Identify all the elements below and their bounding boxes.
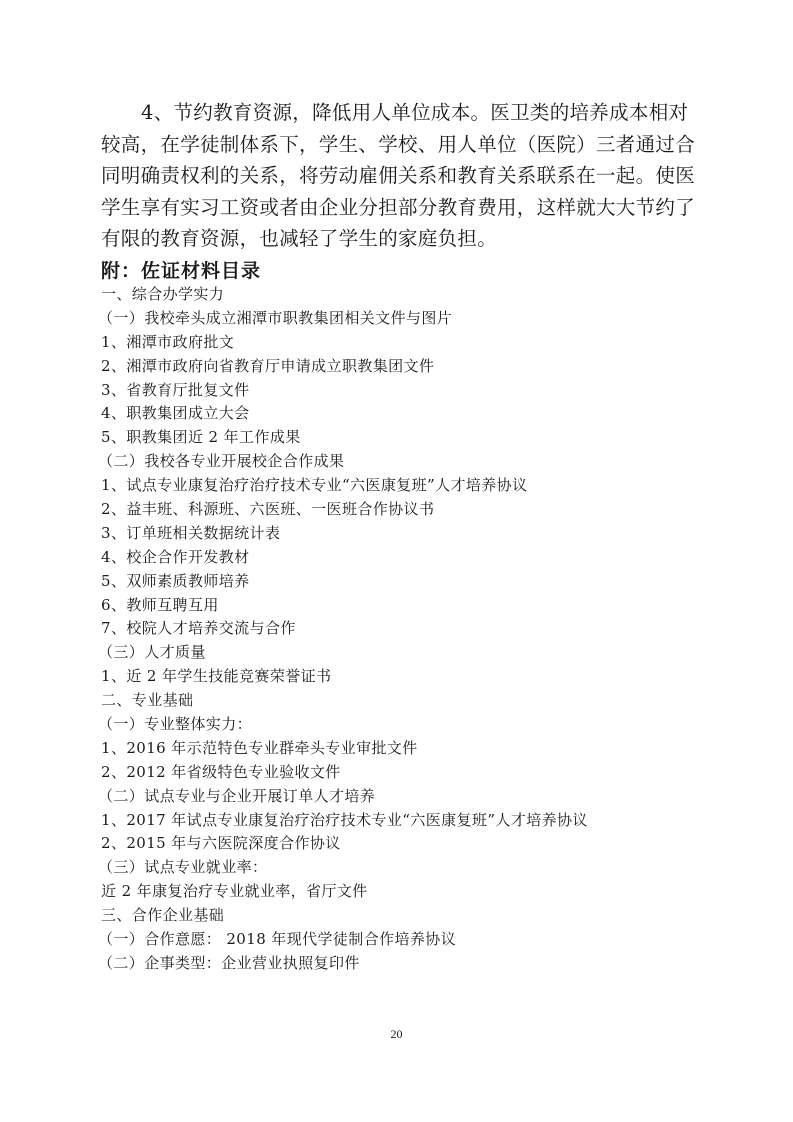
- paragraph-text: 4、节约教育资源，降低用人单位成本。医卫类的培养成本相对较高，在学徒制体系下，学…: [101, 101, 695, 250]
- document-page: 4、节约教育资源，降低用人单位成本。医卫类的培养成本相对较高，在学徒制体系下，学…: [0, 0, 793, 1122]
- list-item: （二）我校各专业开展校企合作成果: [98, 450, 588, 474]
- list-item: （二）企事类型：企业营业执照复印件: [98, 952, 588, 976]
- page-number: 20: [0, 1027, 793, 1042]
- list-item: 1、2016 年示范特色专业群牵头专业审批文件: [101, 737, 588, 761]
- list-item: 6、教师互聘互用: [101, 594, 588, 618]
- appendix-list: 一、综合办学实力（一）我校牵头成立湘潭市职教集团相关文件与图片1、湘潭市政府批文…: [101, 283, 588, 976]
- list-item: （一）我校牵头成立湘潭市职教集团相关文件与图片: [98, 307, 588, 331]
- list-item: 一、综合办学实力: [101, 283, 588, 307]
- list-item: （一）合作意愿： 2018 年现代学徒制合作培养协议: [98, 928, 588, 952]
- list-item: 1、2017 年试点专业康复治疗治疗技术专业“六医康复班”人才培养协议: [101, 809, 588, 833]
- list-item: 4、职教集团成立大会: [101, 402, 588, 426]
- list-item: 近 2 年康复治疗专业就业率，省厅文件: [101, 880, 588, 904]
- body-paragraph: 4、节约教育资源，降低用人单位成本。医卫类的培养成本相对较高，在学徒制体系下，学…: [101, 97, 699, 255]
- list-item: （一）专业整体实力：: [98, 713, 588, 737]
- list-item: 2、2012 年省级特色专业验收文件: [101, 761, 588, 785]
- list-item: 2、益丰班、科源班、六医班、一医班合作协议书: [101, 498, 588, 522]
- list-item: 2、湘潭市政府向省教育厅申请成立职教集团文件: [101, 355, 588, 379]
- list-item: 3、订单班相关数据统计表: [101, 522, 588, 546]
- list-item: 1、湘潭市政府批文: [101, 331, 588, 355]
- list-item: （三）人才质量: [98, 641, 588, 665]
- list-item: 三、合作企业基础: [101, 904, 588, 928]
- list-item: 5、双师素质教师培养: [101, 570, 588, 594]
- list-item: 1、近 2 年学生技能竞赛荣誉证书: [101, 665, 588, 689]
- list-item: 3、省教育厅批复文件: [101, 379, 588, 403]
- appendix-title: 附：佐证材料目录: [101, 256, 261, 283]
- list-item: （三）试点专业就业率：: [98, 856, 588, 880]
- list-item: 二、专业基础: [101, 689, 588, 713]
- list-item: 2、2015 年与六医院深度合作协议: [101, 832, 588, 856]
- list-item: 5、职教集团近 2 年工作成果: [101, 426, 588, 450]
- list-item: 7、校院人才培养交流与合作: [101, 617, 588, 641]
- list-item: 4、校企合作开发教材: [101, 546, 588, 570]
- list-item: 1、试点专业康复治疗治疗技术专业“六医康复班”人才培养协议: [101, 474, 588, 498]
- list-item: （二）试点专业与企业开展订单人才培养: [98, 785, 588, 809]
